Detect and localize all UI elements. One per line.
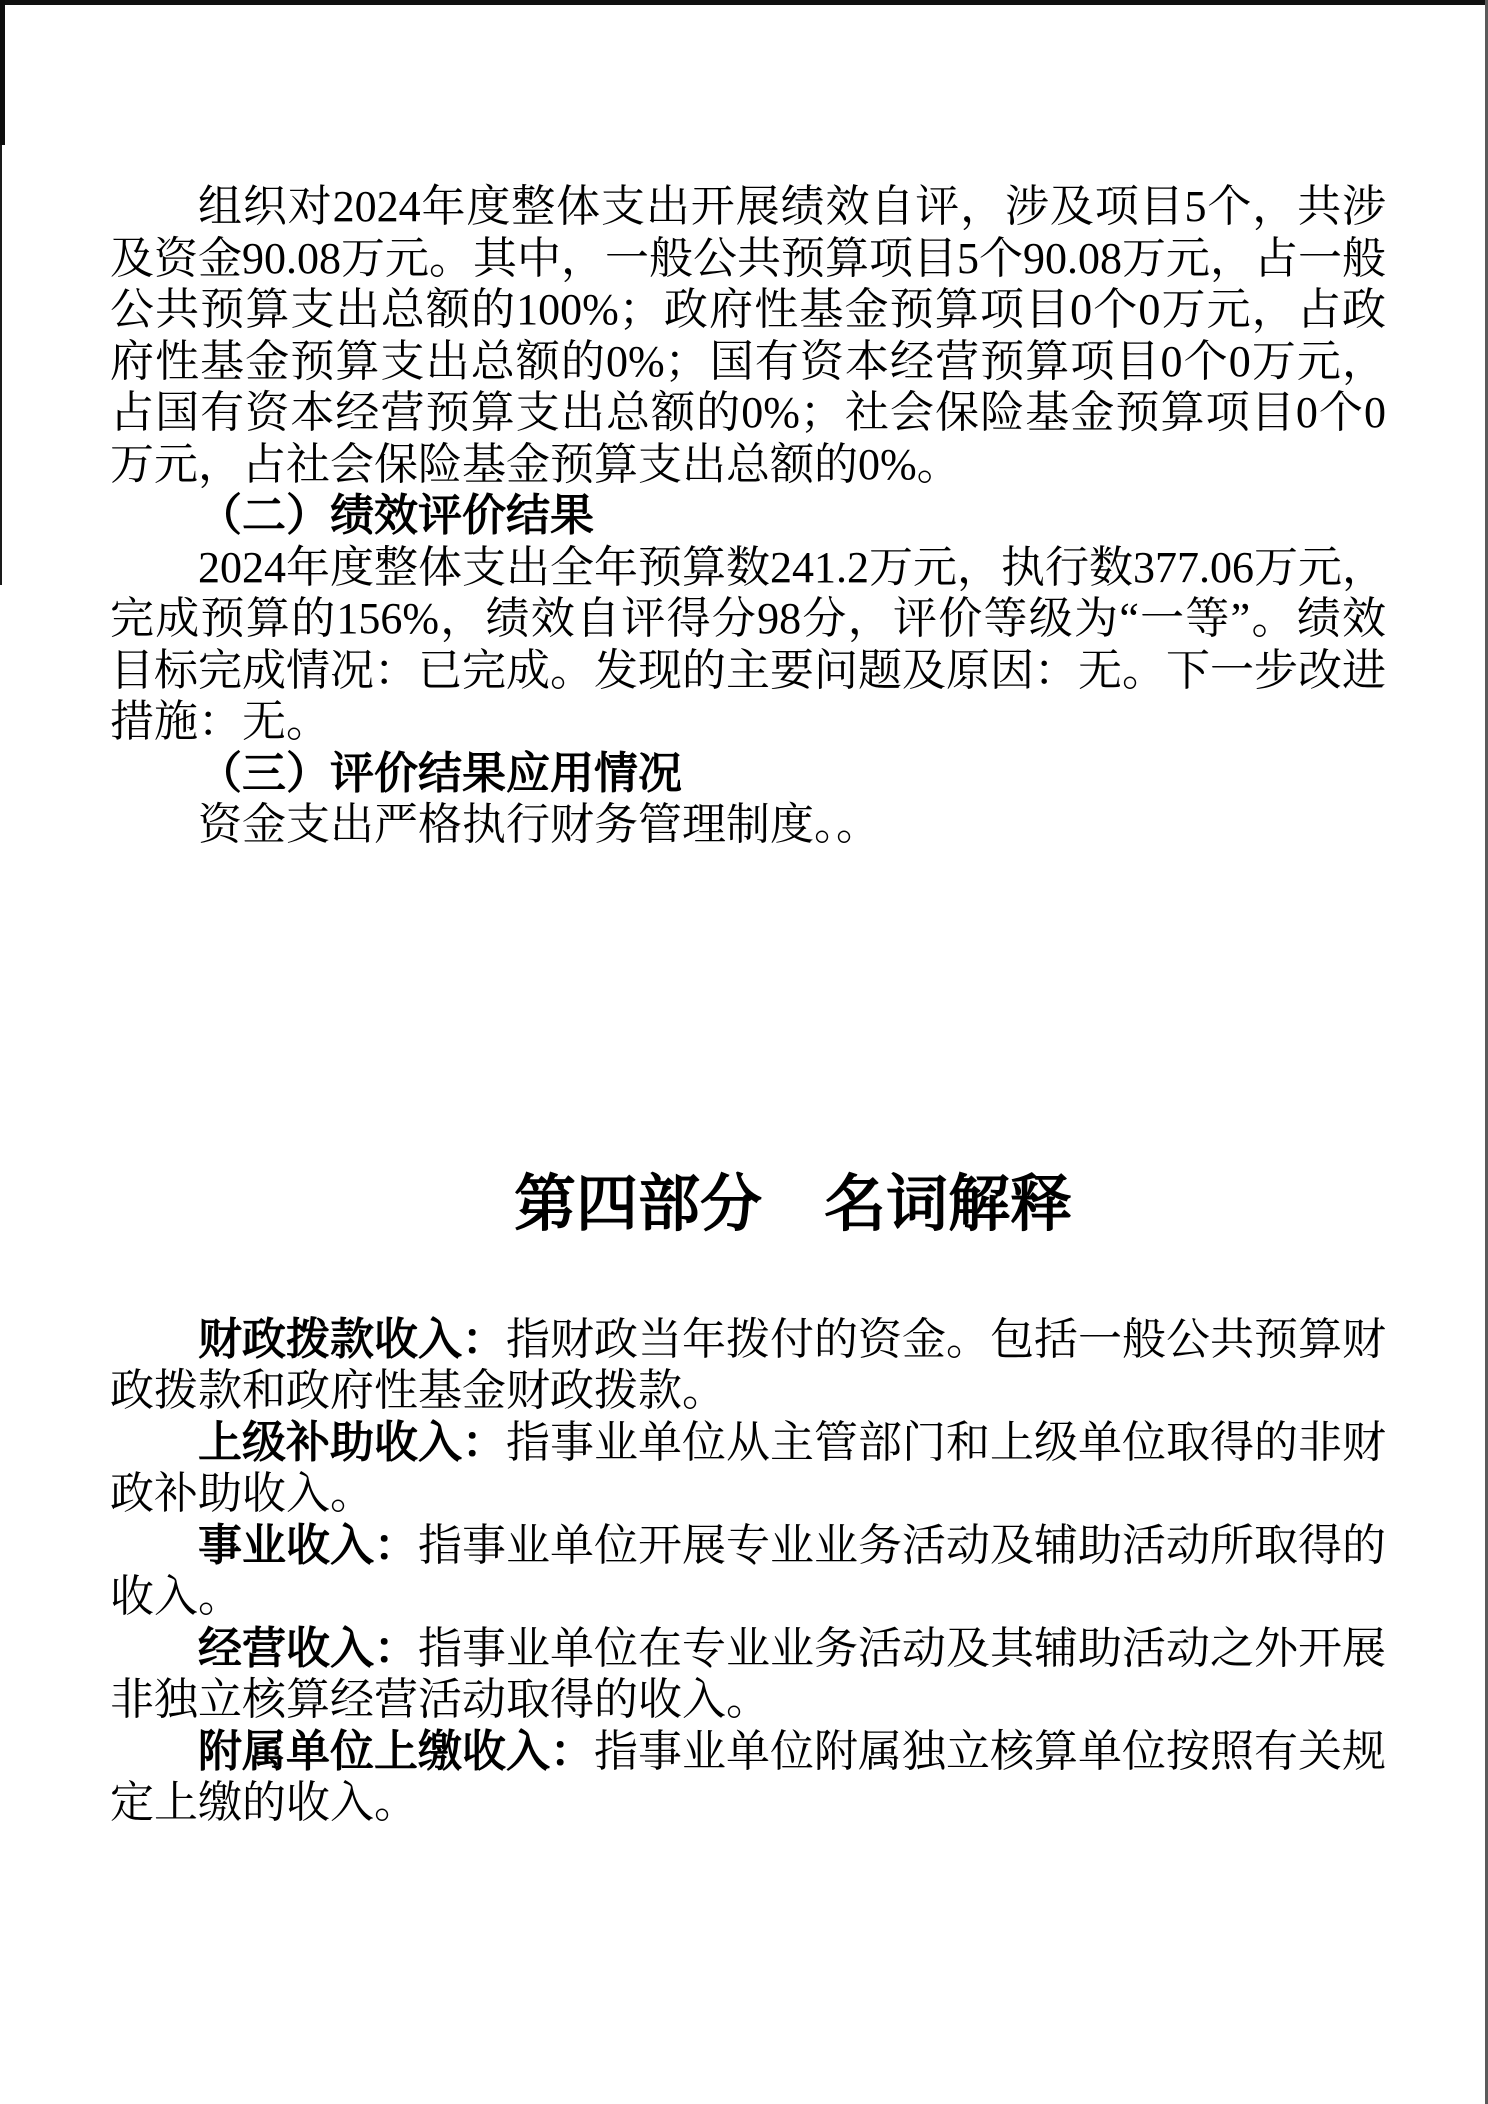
glossary-item: 附属单位上缴收入：指事业单位附属独立核算单位按照有关规定上缴的收入。 bbox=[110, 1726, 1386, 1829]
document-page: 组织对2024年度整体支出开展绩效自评，涉及项目5个，共涉及资金90.08万元。… bbox=[0, 0, 1488, 2104]
glossary-term: 上级补助收入： bbox=[198, 1418, 506, 1467]
glossary-item: 经营收入：指事业单位在专业业务活动及其辅助活动之外开展非独立核算经营活动取得的收… bbox=[110, 1623, 1386, 1726]
heading-performance-evaluation-result: （二）绩效评价结果 bbox=[110, 490, 1386, 542]
glossary-item: 事业收入：指事业单位开展专业业务活动及辅助活动所取得的收入。 bbox=[110, 1520, 1386, 1623]
self-evaluation-paragraph: 组织对2024年度整体支出开展绩效自评，涉及项目5个，共涉及资金90.08万元。… bbox=[110, 181, 1386, 490]
glossary-term: 事业收入： bbox=[198, 1521, 418, 1570]
document-content: 组织对2024年度整体支出开展绩效自评，涉及项目5个，共涉及资金90.08万元。… bbox=[110, 181, 1386, 1829]
glossary-item: 上级补助收入：指事业单位从主管部门和上级单位取得的非财政补助收入。 bbox=[110, 1417, 1386, 1520]
section-title-glossary: 第四部分 名词解释 bbox=[110, 1165, 1386, 1245]
glossary-item: 财政拨款收入：指财政当年拨付的资金。包括一般公共预算财政拨款和政府性基金财政拨款… bbox=[110, 1314, 1386, 1417]
glossary-term: 附属单位上缴收入： bbox=[198, 1727, 594, 1776]
glossary-term: 经营收入： bbox=[198, 1624, 418, 1673]
scan-edge-left-corner bbox=[0, 0, 5, 145]
result-application-paragraph: 资金支出严格执行财务管理制度。。 bbox=[110, 799, 1386, 851]
scan-edge-top bbox=[0, 0, 1488, 5]
glossary-term: 财政拨款收入： bbox=[198, 1315, 506, 1364]
heading-result-application: （三）评价结果应用情况 bbox=[110, 748, 1386, 800]
performance-result-paragraph: 2024年度整体支出全年预算数241.2万元，执行数377.06万元，完成预算的… bbox=[110, 542, 1386, 748]
